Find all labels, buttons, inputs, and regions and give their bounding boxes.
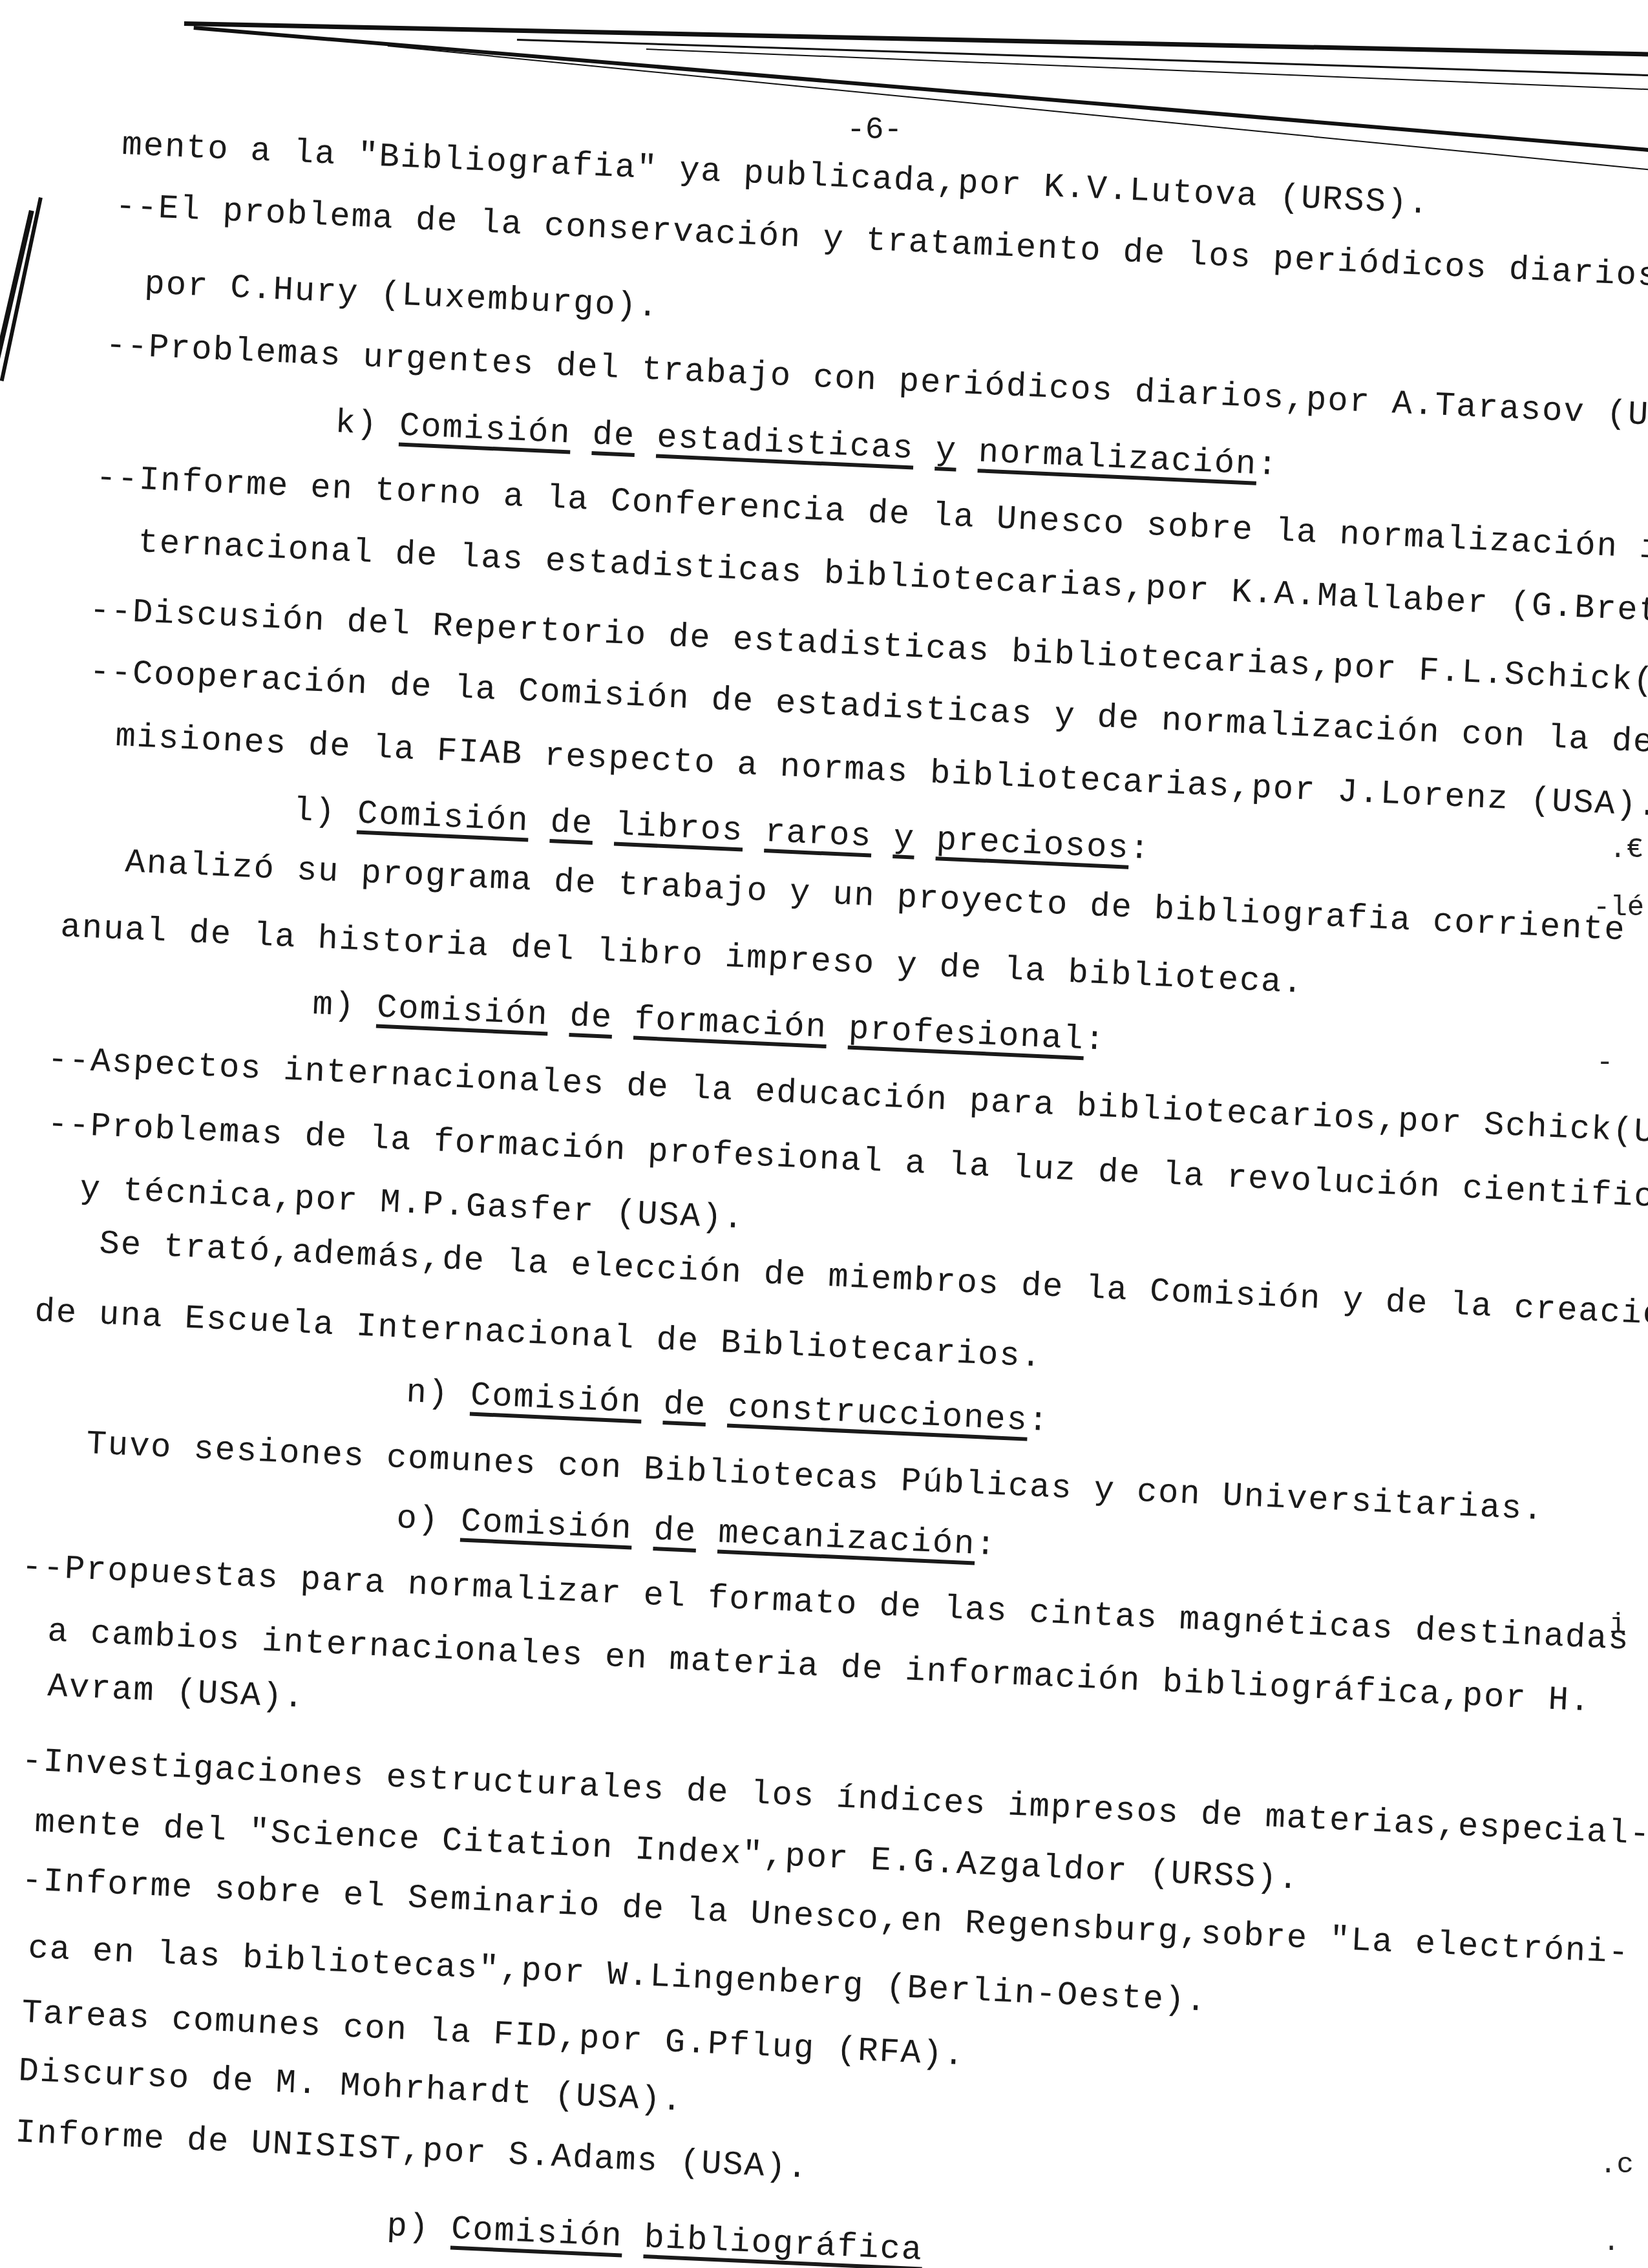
- heading-word: raros: [764, 813, 873, 856]
- margin-mark: -: [1596, 1047, 1613, 1079]
- heading-word: Comisión: [460, 1503, 633, 1549]
- heading-suffix: :: [1128, 830, 1152, 869]
- heading-word: de: [549, 803, 594, 843]
- heading-word: Comisión: [357, 795, 530, 841]
- heading-suffix: :: [975, 1526, 998, 1565]
- heading-word: libros: [614, 807, 745, 851]
- heading-word: de: [653, 1511, 697, 1551]
- text-line: por C.Hury (Luxemburgo).: [143, 265, 660, 326]
- heading-prefix: k): [334, 404, 400, 445]
- heading-word: profesional: [848, 1010, 1086, 1059]
- heading-prefix: l): [292, 792, 358, 832]
- section-heading: o) Comisión de mecanización:: [396, 1500, 998, 1565]
- scanned-document-page: -6- mento a la "Bibliografia" ya publica…: [0, 0, 1648, 2268]
- heading-word: Comisión: [399, 407, 572, 453]
- heading-word: de: [569, 997, 613, 1037]
- heading-suffix: :: [1027, 1402, 1050, 1441]
- text-line: de una Escuela Internacional de Bibliote…: [34, 1293, 1043, 1377]
- heading-word: bibliográfica: [643, 2219, 924, 2268]
- heading-prefix: m): [312, 986, 377, 1026]
- heading-word: de: [662, 1385, 707, 1425]
- section-heading: m) Comisión de formación profesional:: [312, 986, 1106, 1060]
- heading-suffix: :: [1256, 446, 1280, 485]
- heading-prefix: n): [405, 1373, 471, 1414]
- heading-word: y: [893, 819, 916, 858]
- text-line: Informe de UNISIST,por S.Adams (USA).: [14, 2114, 809, 2188]
- heading-word: Comisión: [450, 2210, 624, 2256]
- section-heading: n) Comisión de construcciones:: [405, 1373, 1050, 1441]
- text-line: Discurso de M. Mohrhardt (USA).: [17, 2052, 684, 2121]
- margin-mark: i: [1609, 1609, 1626, 1642]
- margin-mark: .c: [1600, 2149, 1634, 2181]
- heading-word: Comisión: [376, 989, 549, 1035]
- margin-mark: .€: [1609, 834, 1643, 866]
- heading-word: estadisticas: [656, 419, 915, 469]
- section-heading: k) Comisión de estadisticas y normalizac…: [334, 404, 1279, 485]
- text-line: Tuvo sesiones comunes con Bibliotecas Pú…: [85, 1425, 1545, 1529]
- heading-word: y: [935, 431, 958, 470]
- heading-suffix: :: [1084, 1021, 1107, 1059]
- heading-prefix: p): [386, 2207, 452, 2248]
- heading-word: de: [591, 416, 636, 456]
- heading-prefix: o): [396, 1500, 461, 1540]
- heading-word: mecanización: [717, 1514, 977, 1564]
- heading-word: formación: [633, 1001, 828, 1047]
- scan-fold-edge-2: [0, 197, 43, 381]
- text-line: Avram (USA).: [47, 1668, 306, 1717]
- heading-word: construcciones: [727, 1388, 1029, 1440]
- margin-mark: .: [1603, 2227, 1620, 2259]
- section-heading: p) Comisión bibliográfica: [386, 2207, 924, 2268]
- heading-word: normalización: [978, 433, 1258, 484]
- heading-word: preciosos: [936, 821, 1130, 867]
- margin-mark: -lé: [1593, 892, 1644, 924]
- heading-word: Comisión: [470, 1377, 643, 1423]
- page-number: -6-: [847, 113, 902, 148]
